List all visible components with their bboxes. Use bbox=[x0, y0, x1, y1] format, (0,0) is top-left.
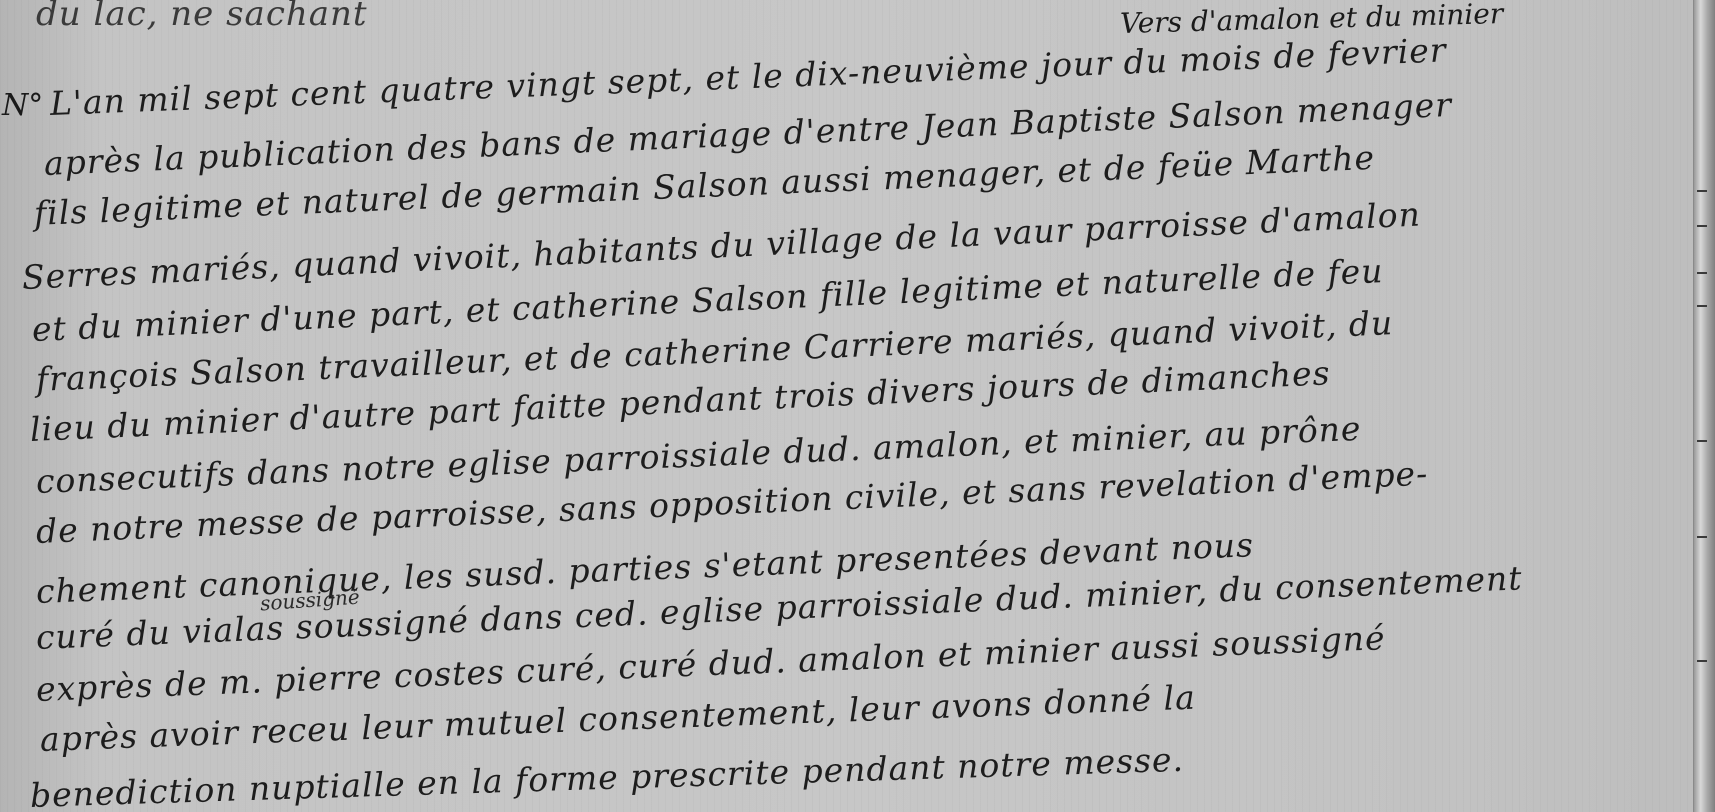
binding-mark bbox=[1697, 272, 1707, 274]
binding-mark bbox=[1697, 536, 1707, 538]
binding-mark bbox=[1697, 440, 1707, 442]
entry-number-label: N° bbox=[2, 88, 43, 123]
binding-mark bbox=[1697, 660, 1707, 662]
binding-mark bbox=[1697, 190, 1707, 192]
binding-mark bbox=[1697, 305, 1707, 307]
binding-mark bbox=[1697, 225, 1707, 227]
header-fragment: du lac, ne sachant bbox=[36, 0, 368, 34]
page-binding-edge bbox=[1693, 0, 1715, 812]
register-page: du lac, ne sachant Vers d'amalon et du m… bbox=[0, 0, 1715, 812]
